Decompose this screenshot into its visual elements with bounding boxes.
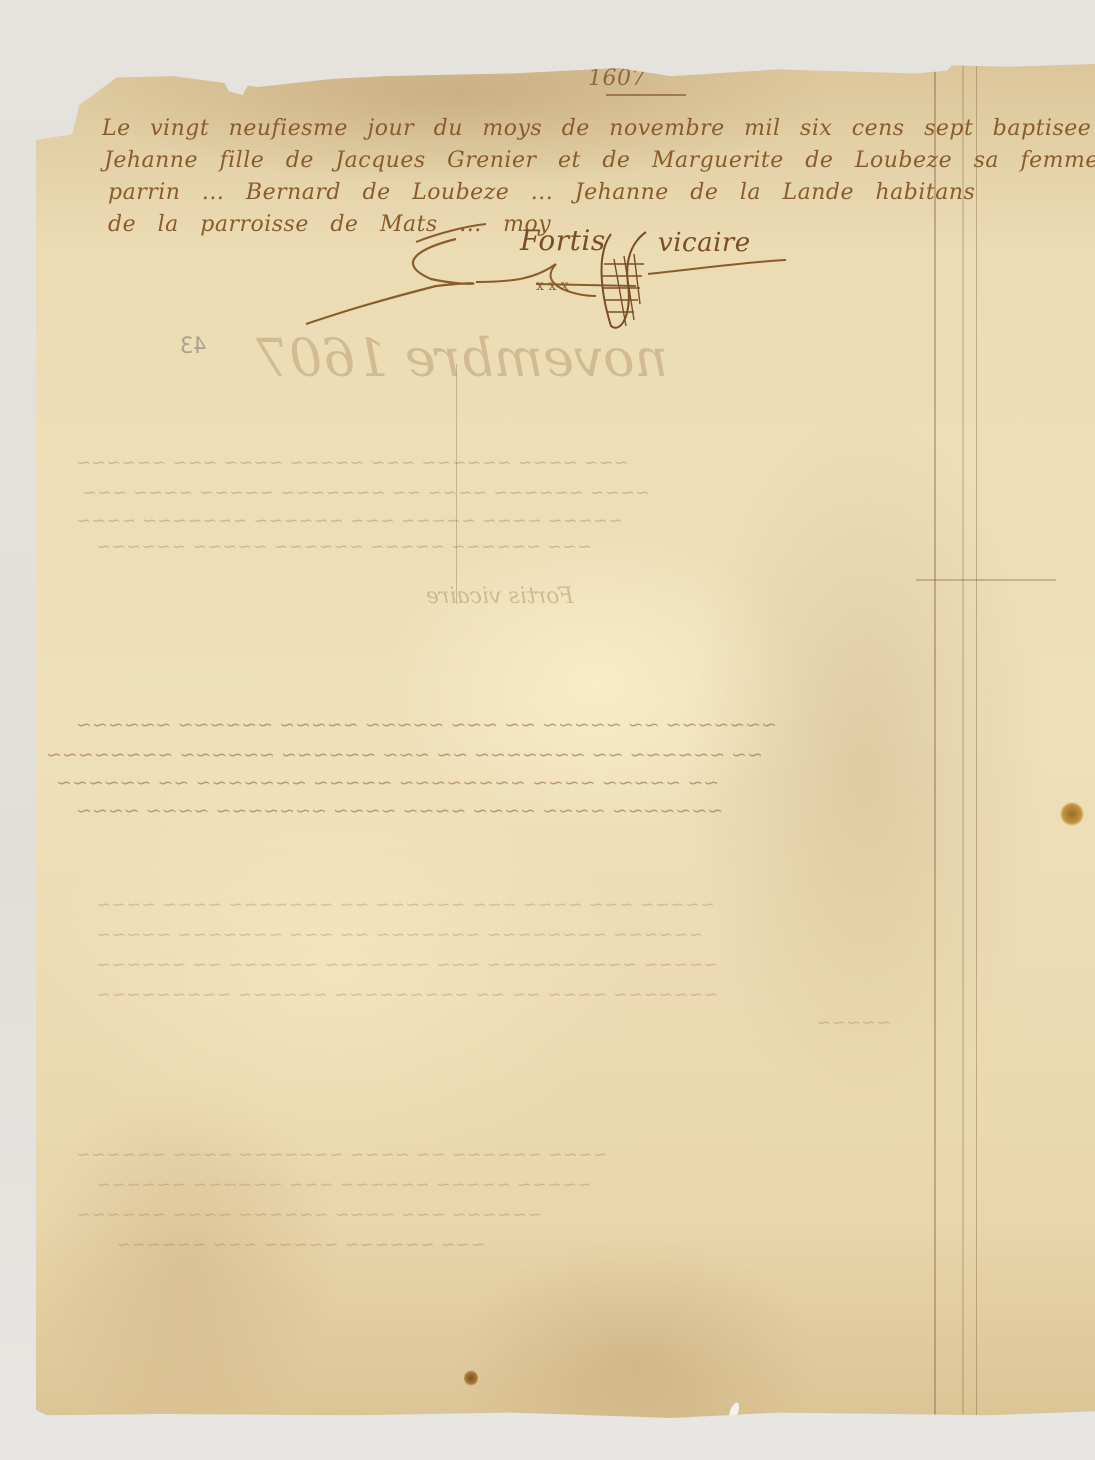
bleed-through-line: ~~~~~ ~~~~~ ~~~~~~ ~~~ ~~~~~~ ~~~~~~ <box>96 1174 592 1195</box>
signature-flourish: x x x <box>36 64 1095 364</box>
bleed-through-line: ~~~~~~~ ~~~~ ~~ ~~ ~~~~~~~~~ ~~~~~~ ~~~~… <box>96 984 719 1005</box>
fold-crease-horizontal <box>916 579 1056 581</box>
bleed-through-signature: Fortis vicaire <box>426 584 573 609</box>
bleed-through-line: ~~~~ ~~~~~~ ~~~~ ~~ ~~~~~~~ ~~~~~ ~~~~ ~… <box>82 482 650 503</box>
manuscript-page: 43 novembre 1607 ~~~ ~~~~ ~~~~~~ ~~~ ~~~… <box>36 64 1095 1418</box>
bleed-through-line: ~~~~~~ ~~~~~~~~ ~~~~~~~ ~~ ~~~ ~~~~~~~ ~… <box>96 924 703 945</box>
bleed-through-line: ~~~~~~~ ~~~~ ~~~~ ~~~~ ~~~~ ~~~~~~~ ~~~~… <box>76 800 723 822</box>
bleed-through-line: ~~~~~~ ~~~ ~~~~ ~~~~~~ ~~~~ ~~~~~~ <box>76 1204 542 1225</box>
bleed-through-line: ~~~ ~~~~ ~~~~~~ ~~~ ~~~~~ ~~~~ ~~~ ~~~~~… <box>76 452 629 473</box>
bleed-through-line: ~~~~ ~~~~~~ ~~ ~~~~ ~~~~~~~ ~~~~ ~~~~~~ <box>76 1144 608 1165</box>
bleed-through-line: ~~~~~ <box>816 1012 891 1033</box>
bleed-through-line: ~~~~~ ~~~ ~~~~ ~~~ ~~~~~~ ~~ ~~~~~~~ ~~~… <box>96 894 715 915</box>
bleed-through-line: ~~~ ~~~~~~ ~~~~~ ~~~~~~ ~~~~~ ~~~~~~ <box>96 536 592 557</box>
ink-stain <box>1060 802 1084 826</box>
bleed-through-line: ~~ ~~~~~ ~~~~ ~~~~~~~~ ~~~~~ ~~~~~~~ ~~ … <box>56 772 719 794</box>
bleed-through-line: ~~~~~ ~~~~~~~~~~ ~~~ ~~~~~~~ ~~~~~~ ~~ ~… <box>96 954 719 975</box>
bleed-through-line: ~~~ ~~~~~~ ~~~~~ ~~~ ~~~~~~ <box>116 1234 486 1255</box>
bleed-through-line: ~~ ~~~~~~ ~~ ~~~~~~~ ~~ ~~~ ~~~~~~ ~~~~~… <box>46 744 763 766</box>
bleed-through-line: ~~~~~ ~~~~ ~~~~~ ~~~ ~~~~~~ ~~~~~~~ ~~~~ <box>76 510 623 531</box>
bleed-through-line: ~~~~~~~ ~~ ~~~~~ ~~ ~~~ ~~~~~ ~~~~~ ~~~~… <box>76 714 777 736</box>
ink-stain <box>464 1370 478 1386</box>
svg-text:x x x: x x x <box>536 278 569 294</box>
